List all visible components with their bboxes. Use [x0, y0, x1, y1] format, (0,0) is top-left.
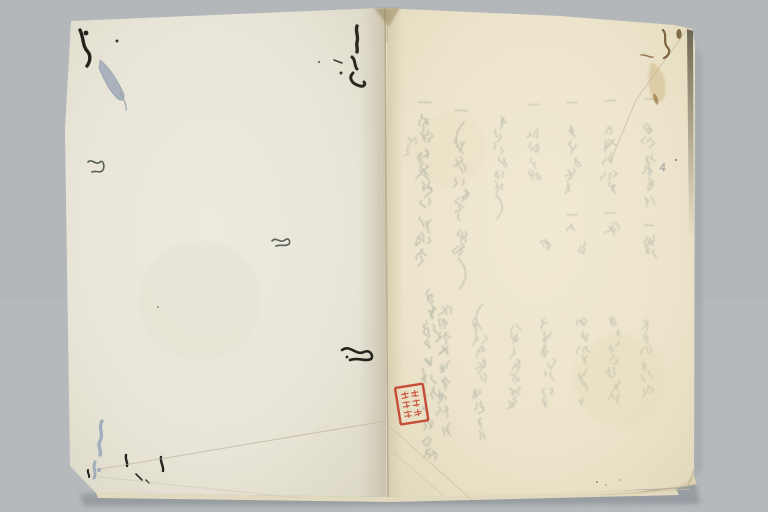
photograph-stage: 4: [0, 0, 768, 512]
mottle-right-lower: [574, 334, 666, 426]
pencil-number: 4: [659, 161, 667, 174]
ink-stain-spine-1: [356, 26, 357, 52]
ink-speck-spine: [318, 61, 320, 63]
speck-center: [157, 306, 159, 308]
speck-bottom-3: [619, 479, 621, 481]
worm-mark-bottomleft-2: [94, 462, 95, 478]
ink-dot-spine: [340, 72, 343, 75]
book-side-shadow: [694, 40, 702, 478]
speck-topleft: [116, 40, 119, 43]
speck-bottom-1: [596, 481, 598, 483]
speck-bottom-2: [605, 484, 607, 486]
ink-dot-topleft: [84, 31, 89, 36]
speck-right-edge: [675, 159, 677, 161]
brown-stain-blob: [676, 29, 681, 39]
book: 4: [65, 8, 702, 506]
mottle-left: [140, 240, 260, 360]
ink-dot-near-spine-low: [346, 356, 349, 359]
worm-mark-bottomleft-1: [99, 421, 102, 455]
